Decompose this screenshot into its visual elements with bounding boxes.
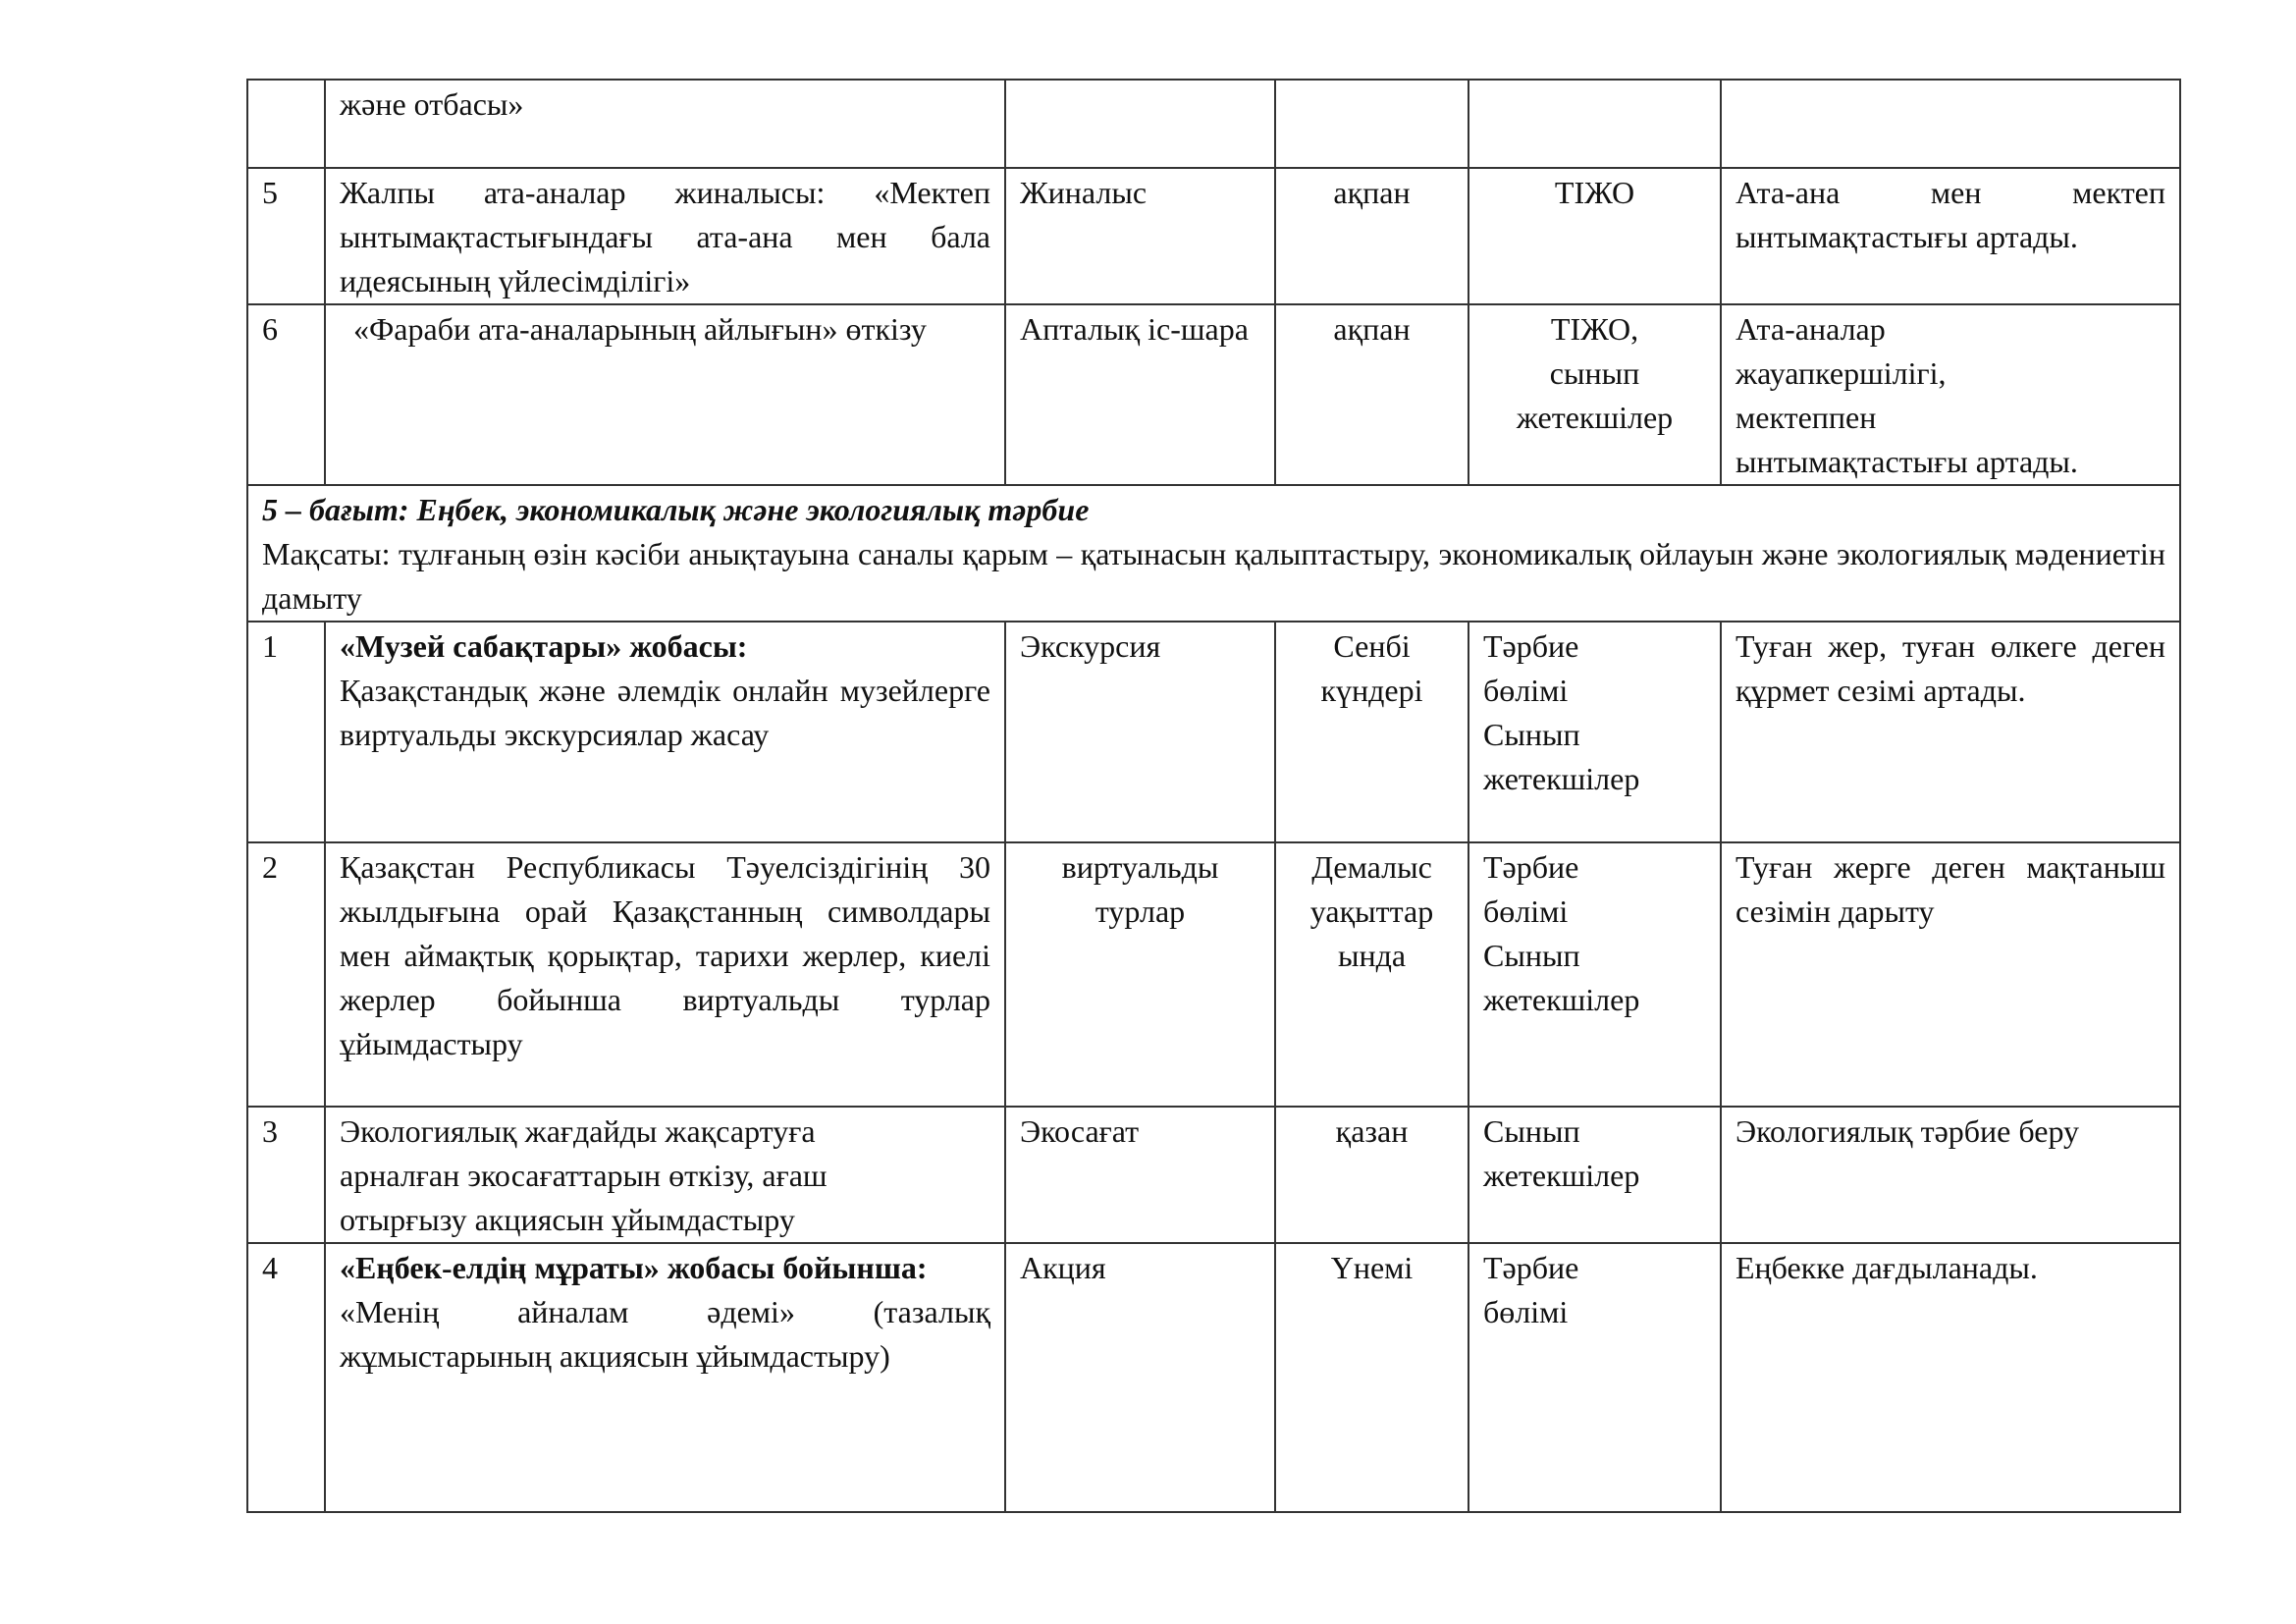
responsible-cell — [1468, 80, 1721, 168]
date-cell: қазан — [1275, 1107, 1468, 1243]
project-title: «Еңбек-елдің мұраты» жобасы бойынша: — [340, 1246, 990, 1290]
education-plan-table: және отбасы» 5 Жалпы ата-аналар жиналысы… — [246, 79, 2181, 1513]
date-cell: Үнемі — [1275, 1243, 1468, 1512]
row-number: 2 — [247, 842, 325, 1107]
event-cell: «Музей сабақтары» жобасы: Қазақстандық ж… — [325, 622, 1005, 842]
result-cell: Ата-аналар жауапкершілігі, мектеппен ынт… — [1721, 304, 2180, 485]
date-cell: ақпан — [1275, 304, 1468, 485]
event-cell: және отбасы» — [325, 80, 1005, 168]
result-cell: Туған жер, туған өлкеге деген құрмет сез… — [1721, 622, 2180, 842]
result-cell: Еңбекке дағдыланады. — [1721, 1243, 2180, 1512]
result-cell — [1721, 80, 2180, 168]
result-cell: Ата-ана мен мектеп ынтымақтастығы артады… — [1721, 168, 2180, 304]
responsible-cell: Сынып жетекшілер — [1468, 1107, 1721, 1243]
form-cell: Экосағат — [1005, 1107, 1275, 1243]
date-cell — [1275, 80, 1468, 168]
row-number: 6 — [247, 304, 325, 485]
event-cell: Жалпы ата-аналар жиналысы: «Мектеп ынтым… — [325, 168, 1005, 304]
date-cell: ақпан — [1275, 168, 1468, 304]
result-cell: Туған жерге деген мақтаныш сезімін дарыт… — [1721, 842, 2180, 1107]
form-cell: Экскурсия — [1005, 622, 1275, 842]
event-cell: «Фараби ата-аналарының айлығын» өткізу — [325, 304, 1005, 485]
form-cell: Жиналыс — [1005, 168, 1275, 304]
result-cell: Экологиялық тәрбие беру — [1721, 1107, 2180, 1243]
section-header-row: 5 – бағыт: Еңбек, экономикалық және экол… — [247, 485, 2180, 622]
event-cell: Экологиялық жағдайды жақсартуға арналған… — [325, 1107, 1005, 1243]
row-number: 5 — [247, 168, 325, 304]
responsible-cell: ТІЖО, сынып жетекшілер — [1468, 304, 1721, 485]
table-row: және отбасы» — [247, 80, 2180, 168]
row-number: 4 — [247, 1243, 325, 1512]
section-title: 5 – бағыт: Еңбек, экономикалық және экол… — [262, 488, 2165, 532]
date-cell: Демалыс уақыттар ында — [1275, 842, 1468, 1107]
table-row: 3 Экологиялық жағдайды жақсартуға арналғ… — [247, 1107, 2180, 1243]
form-cell: Апталық іс-шара — [1005, 304, 1275, 485]
form-cell — [1005, 80, 1275, 168]
table-row: 1 «Музей сабақтары» жобасы: Қазақстандық… — [247, 622, 2180, 842]
section-header: 5 – бағыт: Еңбек, экономикалық және экол… — [247, 485, 2180, 622]
form-cell: Акция — [1005, 1243, 1275, 1512]
section-goal: Мақсаты: тұлғаның өзін кәсіби анықтауына… — [262, 532, 2165, 621]
row-number: 1 — [247, 622, 325, 842]
table-row: 2 Қазақстан Республикасы Тәуелсіздігінің… — [247, 842, 2180, 1107]
responsible-cell: Тәрбие бөлімі Сынып жетекшілер — [1468, 842, 1721, 1107]
event-cell: Қазақстан Республикасы Тәуелсіздігінің 3… — [325, 842, 1005, 1107]
event-cell: «Еңбек-елдің мұраты» жобасы бойынша: «Ме… — [325, 1243, 1005, 1512]
form-cell: виртуальды турлар — [1005, 842, 1275, 1107]
table-row: 6 «Фараби ата-аналарының айлығын» өткізу… — [247, 304, 2180, 485]
responsible-cell: Тәрбие бөлімі Сынып жетекшілер — [1468, 622, 1721, 842]
row-number — [247, 80, 325, 168]
project-title: «Музей сабақтары» жобасы: — [340, 624, 990, 669]
table-row: 4 «Еңбек-елдің мұраты» жобасы бойынша: «… — [247, 1243, 2180, 1512]
date-cell: Сенбі күндері — [1275, 622, 1468, 842]
responsible-cell: ТІЖО — [1468, 168, 1721, 304]
responsible-cell: Тәрбие бөлімі — [1468, 1243, 1721, 1512]
table-row: 5 Жалпы ата-аналар жиналысы: «Мектеп ынт… — [247, 168, 2180, 304]
row-number: 3 — [247, 1107, 325, 1243]
